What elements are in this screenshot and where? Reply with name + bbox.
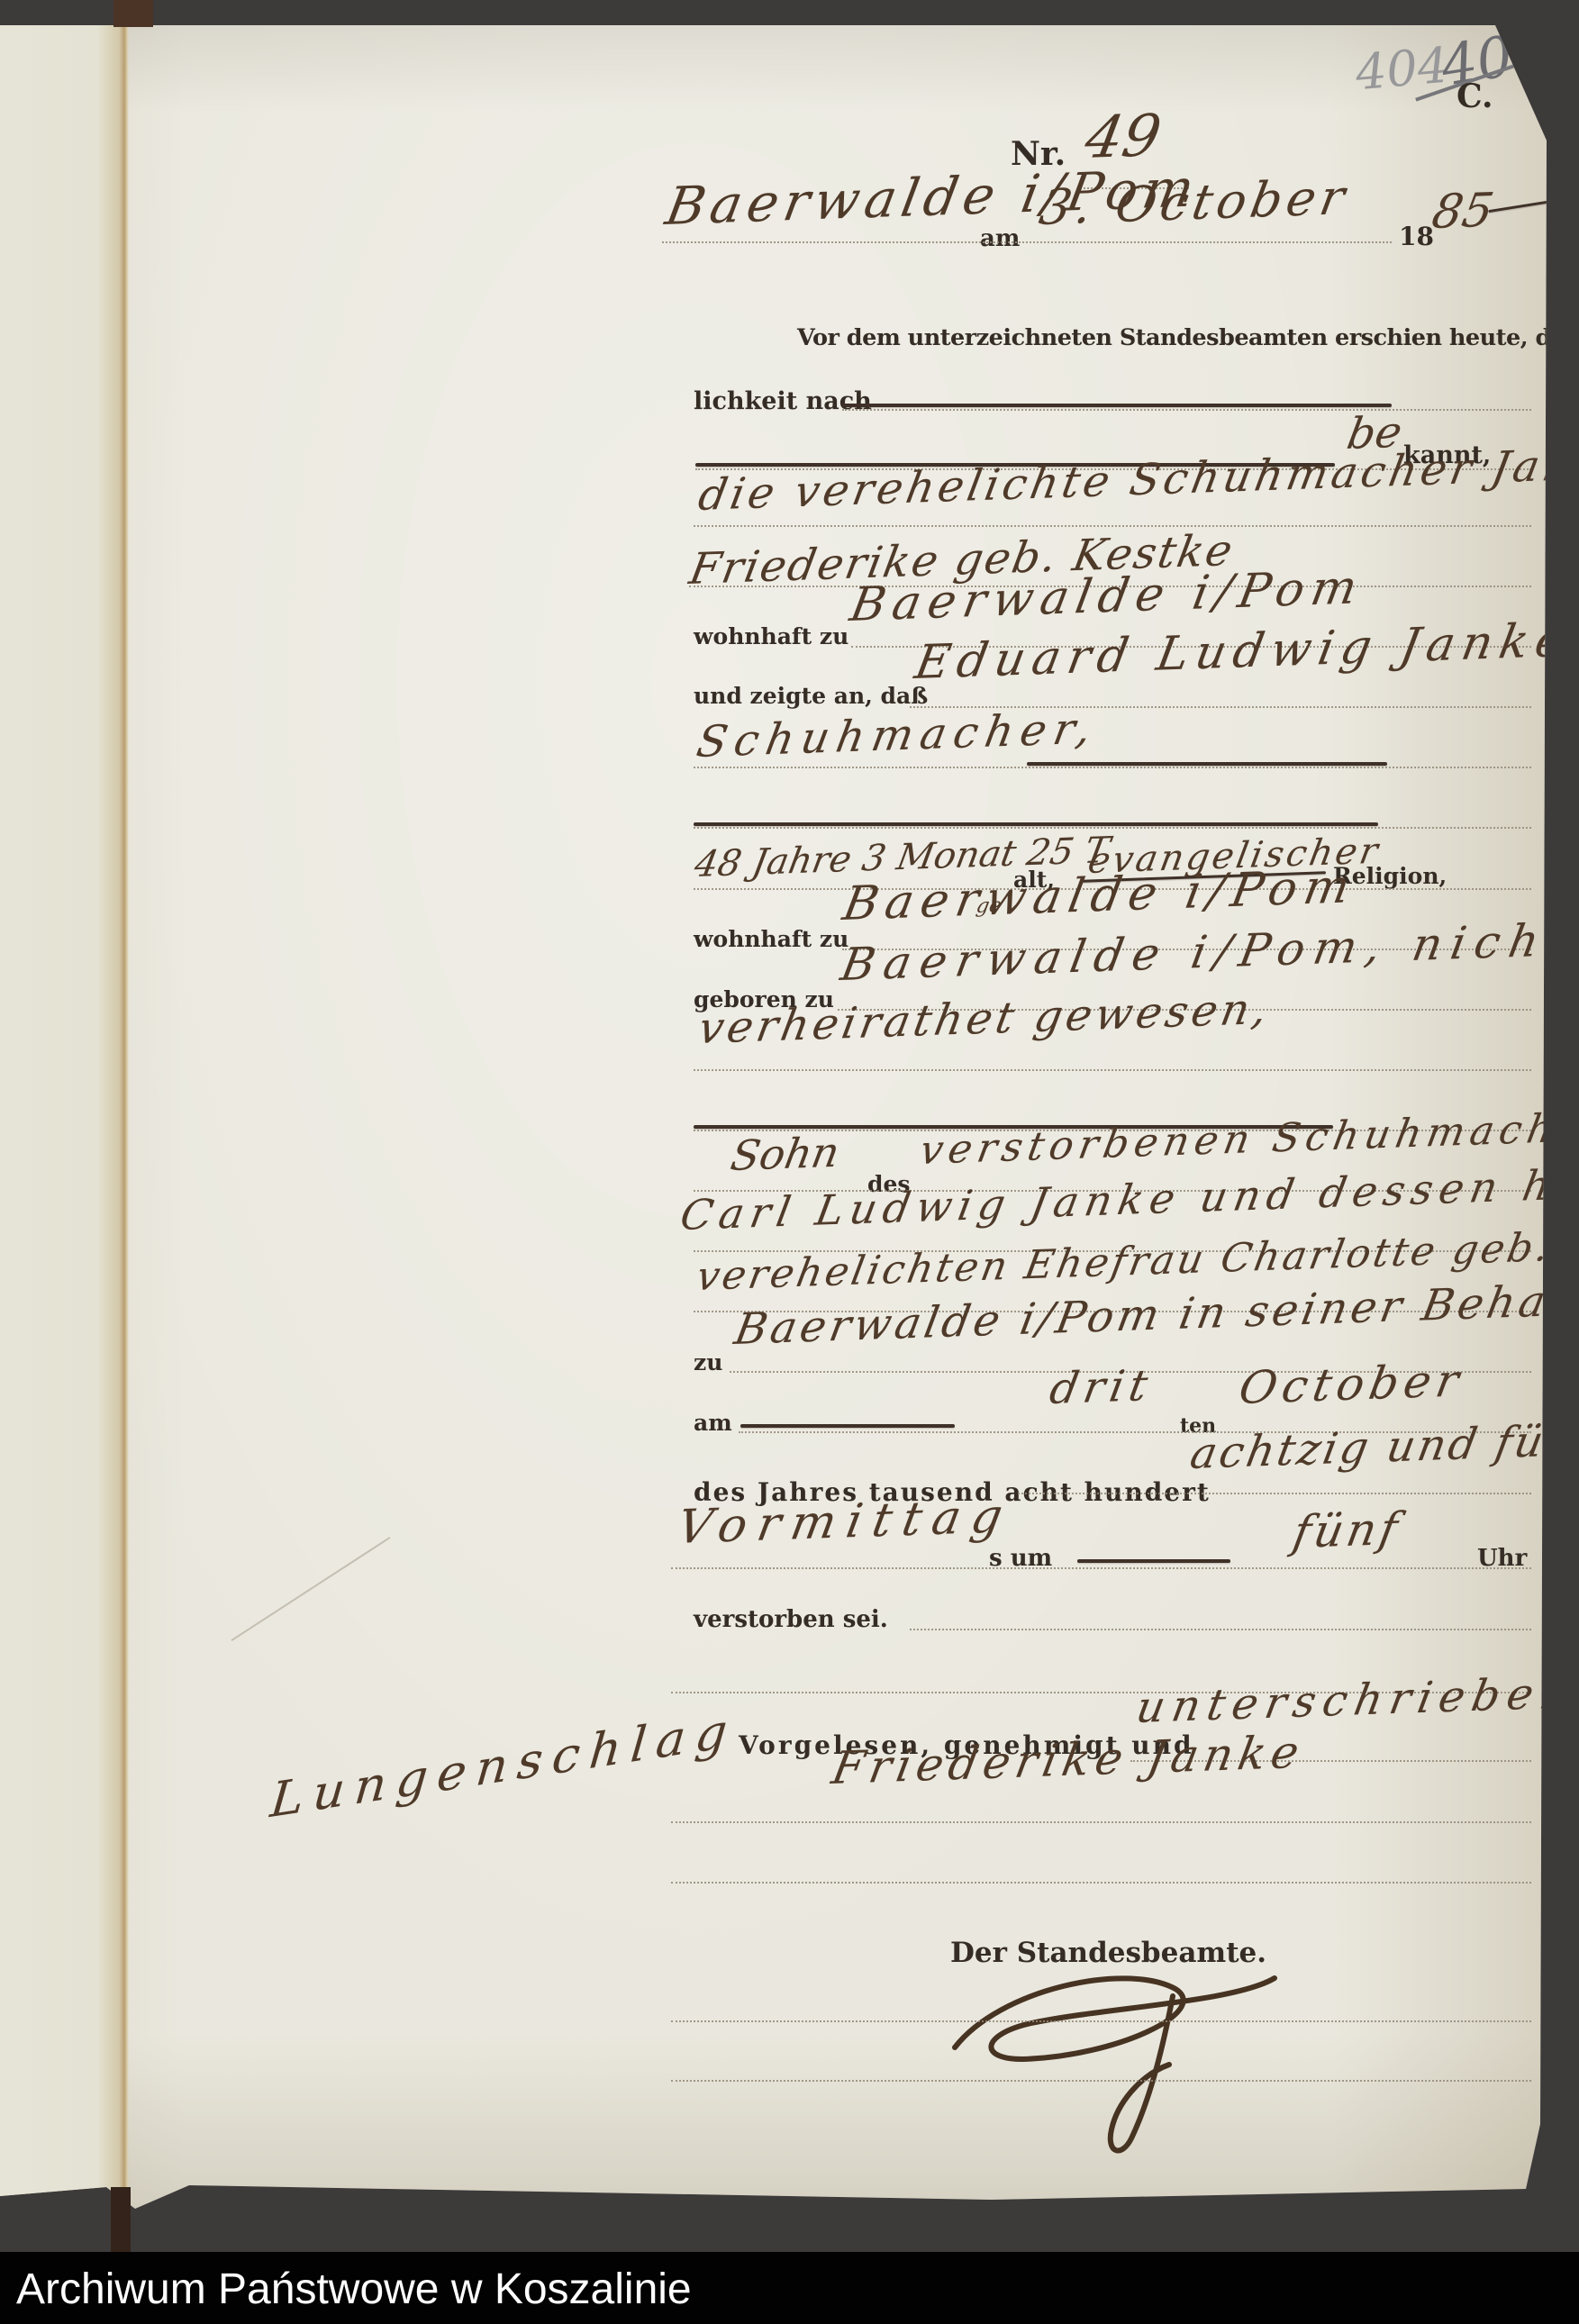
margin-note-cause-of-death: Lungenschlag: [268, 1706, 739, 1825]
am-label: am: [980, 225, 1020, 252]
wohnhaft-label-2: wohnhaft zu: [694, 926, 848, 952]
blank-strike: [740, 1424, 955, 1428]
archive-caption-bar: Archiwum Państwowe w Koszalinie: [0, 2252, 1579, 2324]
death-day: drit: [1047, 1364, 1157, 1411]
wohnhaft-label-1: wohnhaft zu: [694, 623, 848, 649]
unterschrieben-hand: unterschrieben: [1133, 1671, 1579, 1729]
sohn-handwritten: Sohn: [728, 1131, 842, 1176]
pencil-page-number: 404: [1354, 41, 1450, 98]
rule: [694, 827, 1531, 829]
intro-line-1: Vor dem unterzeichneten Standesbeamten e…: [797, 324, 1579, 351]
facing-page-sliver: [0, 25, 124, 2209]
death-month: October: [1236, 1357, 1467, 1411]
rule: [1018, 1493, 1531, 1494]
deceased-name: Eduard Ludwig Janke: [912, 617, 1574, 686]
pen-flourish: [1488, 201, 1547, 213]
blank-strike: [1027, 762, 1387, 766]
rule: [662, 241, 1392, 243]
verstorben-label: verstorben sei.: [694, 1606, 888, 1633]
scanned-document-photo: Nr. 49 Baerwalde i/Pom am 3. October 18 …: [0, 0, 1579, 2324]
form-letter: C.: [1456, 77, 1493, 115]
intro-line-2: lichkeit nach: [694, 387, 872, 415]
rule: [671, 1567, 1531, 1569]
rule: [671, 2020, 1531, 2022]
death-am-label: am: [694, 1410, 732, 1436]
declarant-line-1: die verehelichte Schuhmacher Janke: [695, 441, 1579, 517]
archive-caption: Archiwum Państwowe w Koszalinie: [16, 2265, 692, 2314]
rule: [671, 2080, 1531, 2082]
rule: [671, 1882, 1531, 1884]
anzeige-label: und zeigte an, daß: [694, 683, 928, 709]
registrar-signature: [937, 1962, 1297, 2178]
binding-bottom: [111, 2187, 131, 2252]
blank-strike: [1077, 1559, 1230, 1563]
death-year-hand: achtzig und fünf: [1187, 1418, 1579, 1475]
registration-date: 3. October: [1036, 173, 1353, 232]
blank-strike: [842, 404, 1392, 407]
year-handwritten: 85: [1429, 187, 1497, 236]
rule: [910, 1629, 1531, 1630]
rule: [671, 1821, 1531, 1823]
zu-label: zu: [694, 1349, 722, 1375]
deceased-occupation: Schuhmacher,: [694, 707, 1102, 764]
binding-top: [113, 0, 153, 27]
register-page: Nr. 49 Baerwalde i/Pom am 3. October 18 …: [0, 25, 1547, 2209]
binding-crease: [124, 25, 129, 2209]
paper-crease-mark: [231, 1537, 390, 1641]
rule: [694, 767, 1531, 768]
father-line: verstorbenen Schuhmacher: [917, 1107, 1579, 1171]
death-hour: fünf: [1290, 1506, 1404, 1555]
rule: [842, 409, 1531, 411]
rule: [694, 525, 1531, 527]
rule: [694, 1069, 1531, 1071]
blank-strike: [694, 822, 1378, 826]
death-daytime: Vormittag: [674, 1493, 1017, 1551]
